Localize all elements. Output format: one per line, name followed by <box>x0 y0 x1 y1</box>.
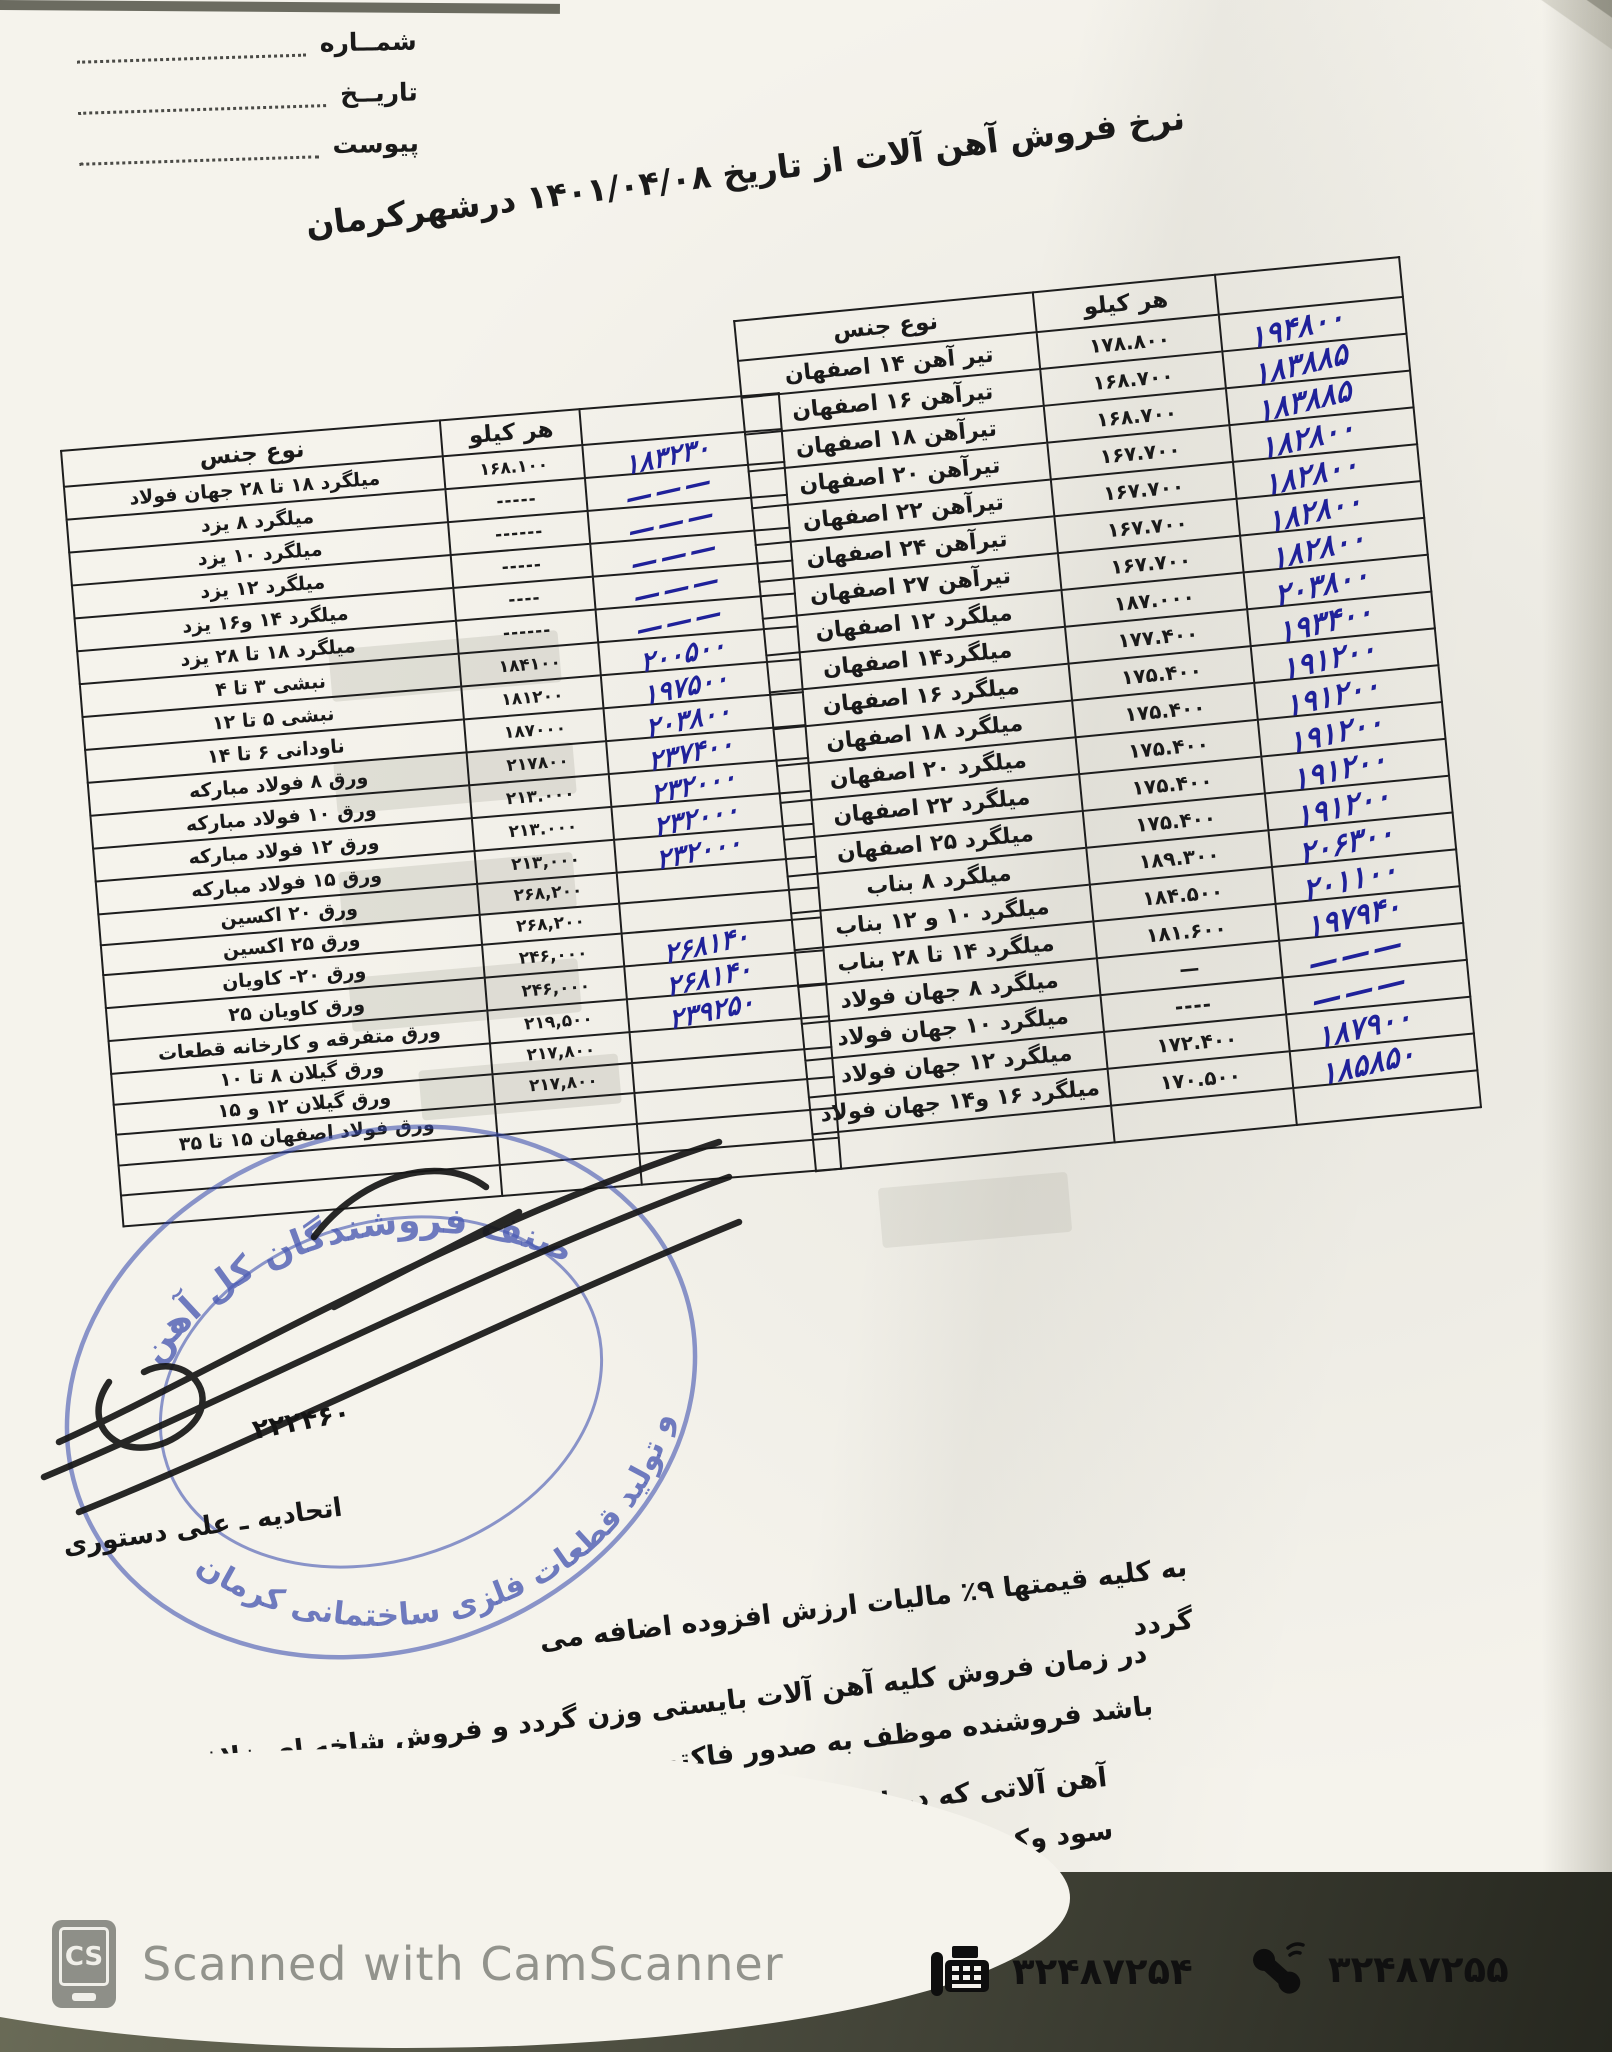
field-blank-line <box>79 135 319 166</box>
field-label: تاریــخ <box>340 77 418 108</box>
scan-blot <box>878 1172 1073 1248</box>
scan-edge-top <box>0 0 560 14</box>
field-blank-line <box>76 34 306 64</box>
fax-icon <box>928 1938 994 2004</box>
camscanner-watermark: CS Scanned with CamScanner <box>52 1920 784 2008</box>
desk-corner-top-right <box>1352 0 1612 140</box>
fax-contact: ۳۲۴۸۷۲۵۴ <box>928 1938 1193 2004</box>
scan-edge-right <box>1542 0 1612 2052</box>
camscanner-text: Scanned with CamScanner <box>142 1937 784 1991</box>
phone-icon <box>1248 1938 1310 2000</box>
phone-number: ۳۲۴۸۷۲۵۵ <box>1328 1948 1509 1991</box>
field-label: پیوست <box>332 128 419 159</box>
letterhead-field-row: پیوست <box>79 128 420 164</box>
letterhead-field-row: تاریــخ <box>78 77 419 113</box>
camscanner-logo-text: CS <box>59 1927 109 1986</box>
field-blank-line <box>78 84 327 115</box>
price-table-right: هر کیلو نوع جنس ۱۹۴۸۰۰ ۱۷۸.۸۰۰ تیر آهن ۱… <box>733 256 1482 1172</box>
field-label: شمــاره <box>319 26 417 57</box>
camscanner-logo-button-bar <box>72 1993 96 2001</box>
fax-number: ۳۲۴۸۷۲۵۴ <box>1012 1950 1193 1993</box>
phone-contact: ۳۲۴۸۷۲۵۵ <box>1248 1938 1509 2000</box>
camscanner-logo-icon: CS <box>52 1920 116 2008</box>
letterhead-fields: شمــاره تاریــخ پیوست <box>76 26 419 186</box>
letterhead-field-row: شمــاره <box>76 26 417 62</box>
